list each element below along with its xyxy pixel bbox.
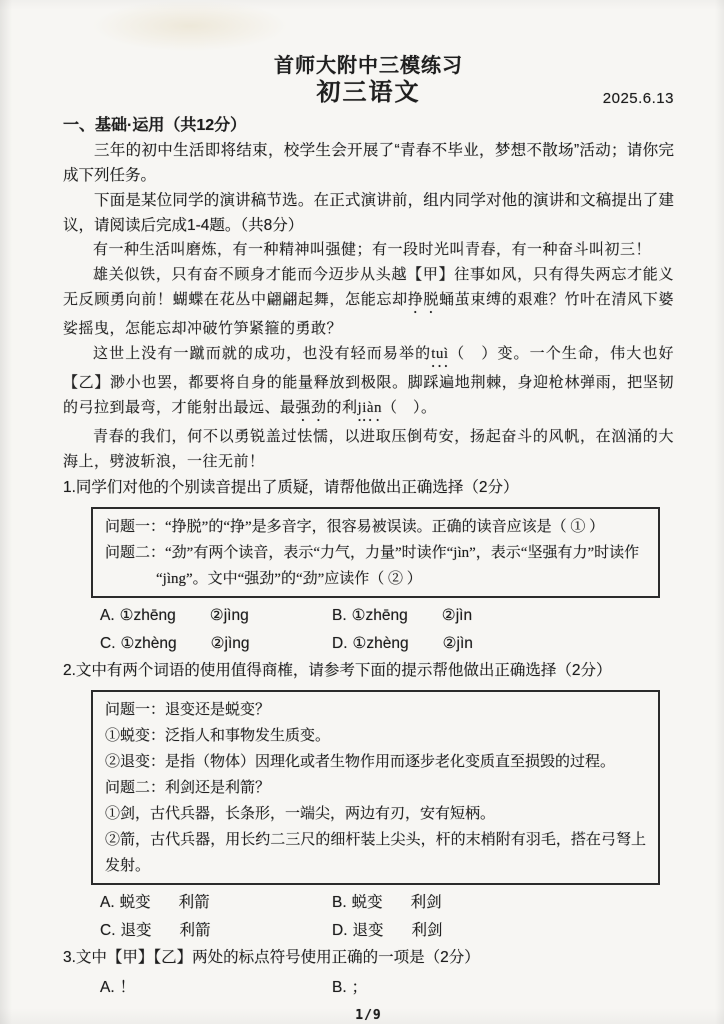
q3-option-a: A.！ xyxy=(100,976,332,1000)
q1-box-problem-2: 问题二：“劲”有两个读音，表示“力气，力量”时读作“jìn”，表示“坚强有力”时… xyxy=(105,540,646,566)
q1-option-a: A.①zhēng②jìng xyxy=(100,604,332,628)
question-1-stem: 1.同学们对他的个别读音提出了质疑，请帮他做出正确选择（2分） xyxy=(63,475,674,500)
option-part-1: ！ xyxy=(120,979,136,996)
page-content: 首师大附中三模练习 初三语文 2025.6.13 一、基础·运用（共12分） 三… xyxy=(63,54,674,1023)
question-3-stem: 3.文中【甲】【乙】两处的标点符号使用正确的一项是（2分） xyxy=(63,945,674,970)
option-part-2: ②jìng xyxy=(210,607,249,624)
exam-title: 首师大附中三模练习 xyxy=(63,54,674,78)
emphasized-word-qiangjin: 强劲 xyxy=(296,400,327,416)
option-label: B. xyxy=(332,979,347,996)
page-number: 1/9 xyxy=(63,1008,674,1023)
option-part-1: ①zhēng xyxy=(120,607,176,624)
option-label: D. xyxy=(332,922,348,939)
q2-box-problem-2: 问题二：利剑还是利箭？ xyxy=(105,775,646,801)
speech-p3-text-end: （ ）。 xyxy=(382,400,437,416)
option-part-1: ①zhēng xyxy=(352,607,408,624)
option-part-2: 利剑 xyxy=(412,922,443,939)
speech-paragraph-2: 雄关似铁，只有奋不顾身才能而今迈步从头越【甲】往事如风，只有得失两忘才能义无反顾… xyxy=(63,263,674,342)
speech-paragraph-3: 这世上没有一蹴而就的成功，也没有轻而易举的tuì（ ）变。一个生命，伟大也好【乙… xyxy=(63,342,674,425)
intro-paragraph-1: 三年的初中生活即将结束，校学生会开展了“青春不毕业，梦想不散场”活动；请你完成下… xyxy=(63,138,674,188)
q2-box-definition-4: ②箭，古代兵器，用长约二三尺的细杆装上尖头，杆的末梢附有羽毛，搭在弓弩上发射。 xyxy=(105,827,646,879)
option-part-2: 利箭 xyxy=(179,894,210,911)
speech-paragraph-4: 青春的我们，何不以勇锐盖过怯懦，以进取压倒苟安，扬起奋斗的风帆，在汹涌的大海上，… xyxy=(63,425,674,475)
option-label: D. xyxy=(332,635,348,652)
option-label: C. xyxy=(100,635,116,652)
q2-option-c: C.退变利箭 xyxy=(100,919,332,943)
pinyin-tui: tuì xyxy=(431,346,448,362)
option-part-2: ②jìn xyxy=(442,607,472,624)
q1-option-d: D.①zhèng②jìn xyxy=(332,632,674,656)
speech-p3-text-3: 的利 xyxy=(327,400,358,416)
q2-box-problem-1: 问题一：退变还是蜕变？ xyxy=(105,697,646,723)
question-2-options: A.蜕变利箭 B.蜕变利剑 C.退变利箭 D.退变利剑 xyxy=(100,891,674,943)
speech-paragraph-1: 有一种生活叫磨炼，有一种精神叫强健；有一段时光叫青春，有一种奋斗叫初三！ xyxy=(63,238,674,263)
exam-subtitle: 初三语文 xyxy=(63,78,674,107)
question-2-hint-box: 问题一：退变还是蜕变？ ①蜕变：泛指人和事物发生质变。 ②退变：是指（物体）因理… xyxy=(91,690,660,885)
q1-option-b: B.①zhēng②jìn xyxy=(332,604,674,628)
option-label: B. xyxy=(332,894,347,911)
option-part-2: 利剑 xyxy=(411,894,442,911)
emphasized-word-zhengtuo: 挣脱 xyxy=(408,292,439,308)
question-1-hint-box: 问题一：“挣脱”的“挣”是多音字，很容易被误读。正确的读音应该是（ ① ） 问题… xyxy=(91,507,660,598)
option-part-1: 蜕变 xyxy=(352,894,383,911)
option-label: A. xyxy=(100,894,115,911)
option-label: B. xyxy=(332,607,347,624)
option-part-1: ①zhèng xyxy=(121,635,177,652)
q2-box-definition-1: ①蜕变：泛指人和事物发生质变。 xyxy=(105,723,646,749)
section-heading: 一、基础·运用（共12分） xyxy=(63,114,674,138)
q1-option-c: C.①zhèng②jìng xyxy=(100,632,332,656)
speech-p3-text: 这世上没有一蹴而就的成功，也没有轻而易举的 xyxy=(93,346,431,362)
option-part-1: 退变 xyxy=(121,922,152,939)
option-part-1: 退变 xyxy=(353,922,384,939)
option-part-2: ②jìn xyxy=(443,635,473,652)
option-label: A. xyxy=(100,979,115,996)
question-2-stem: 2.文中有两个词语的使用值得商榷，请参考下面的提示帮他做出正确选择（2分） xyxy=(63,658,674,683)
question-1-options: A.①zhēng②jìng B.①zhēng②jìn C.①zhèng②jìng… xyxy=(100,604,674,656)
option-part-1: 蜕变 xyxy=(120,894,151,911)
option-part-2: 利箭 xyxy=(180,922,211,939)
q2-option-a: A.蜕变利箭 xyxy=(100,891,332,915)
question-3-options: A.！ B.； xyxy=(100,976,674,1000)
option-part-1: ①zhèng xyxy=(353,635,409,652)
intro-paragraph-2: 下面是某位同学的演讲稿节选。在正式演讲前，组内同学对他的演讲和文稿提出了建议，请… xyxy=(63,188,674,238)
q2-option-d: D.退变利剑 xyxy=(332,919,674,943)
option-part-2: ②jìng xyxy=(211,635,250,652)
q2-box-definition-2: ②退变：是指（物体）因理化或者生物作用而逐步老化变质直至损毁的过程。 xyxy=(105,749,646,775)
option-label: A. xyxy=(100,607,115,624)
exam-date: 2025.6.13 xyxy=(603,90,674,107)
q2-box-definition-3: ①剑，古代兵器，长条形，一端尖，两边有刃，安有短柄。 xyxy=(105,801,646,827)
q1-box-problem-1: 问题一：“挣脱”的“挣”是多音字，很容易被误读。正确的读音应该是（ ① ） xyxy=(105,514,646,540)
option-label: C. xyxy=(100,922,116,939)
option-part-1: ； xyxy=(352,979,368,996)
scanned-exam-page: 首师大附中三模练习 初三语文 2025.6.13 一、基础·运用（共12分） 三… xyxy=(0,0,724,1024)
q1-box-problem-2-continued: “jìng”。文中“强劲”的“劲”应读作（ ② ） xyxy=(156,566,646,592)
q2-option-b: B.蜕变利剑 xyxy=(332,891,674,915)
pinyin-jian: jiàn xyxy=(358,400,383,416)
q3-option-b: B.； xyxy=(332,976,674,1000)
